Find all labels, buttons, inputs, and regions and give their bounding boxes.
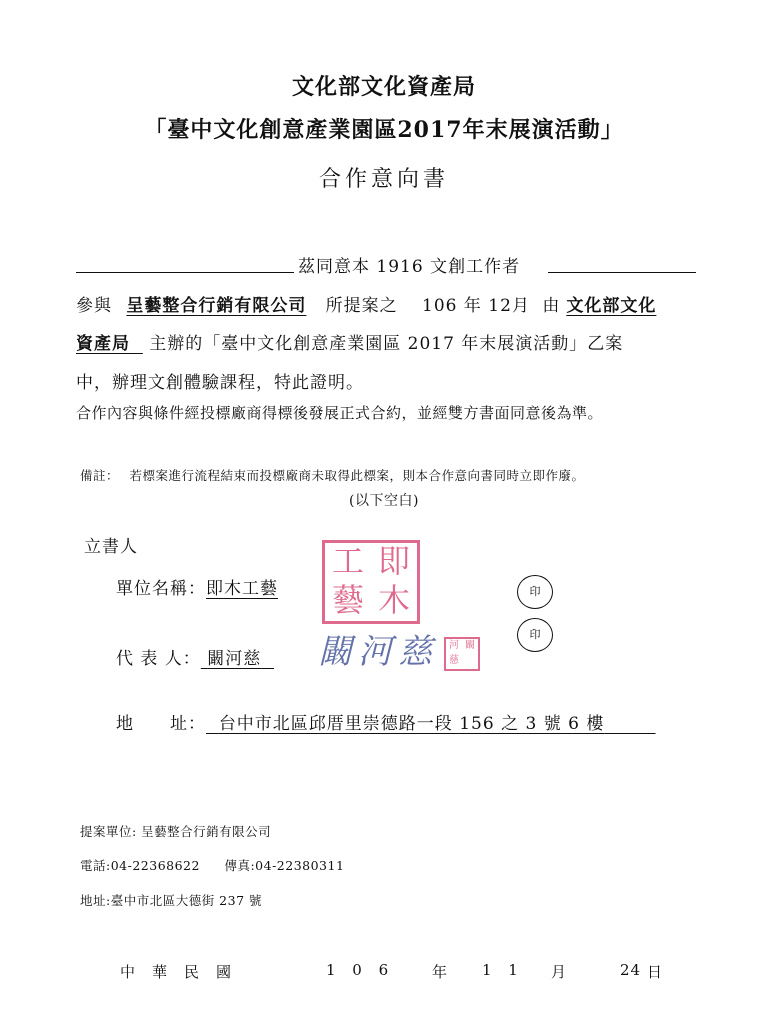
date-year: 1 0 6 xyxy=(326,961,394,979)
agency-title: 文化部文化資產局 xyxy=(0,70,768,101)
personal-seal-stamp: 河 闞 慈 xyxy=(444,637,480,671)
remarks-label: 備註： xyxy=(80,468,119,483)
stamp-char: 河 xyxy=(446,639,462,654)
consent-text: 茲同意本 1916 文創工作者 xyxy=(298,252,520,277)
stamp-char: 慈 xyxy=(446,654,462,669)
remarks-line: 備註： 若標案進行流程結束而投標廠商未取得此標案，則本合作意向書同時立即作廢。 xyxy=(80,466,585,484)
proposer-phone: 電話:04-22368622 xyxy=(80,858,200,873)
year-unit: 年 xyxy=(464,296,482,316)
date-month-unit: 月 xyxy=(551,961,567,982)
blank-fill-line-left xyxy=(76,272,294,273)
proposer-contact-row: 電話:04-22368622 傳真:04-22380311 xyxy=(80,856,344,874)
signatory-heading: 立書人 xyxy=(84,532,138,557)
address-label: 地 址： xyxy=(116,714,206,734)
document-type-title: 合作意向書 xyxy=(0,162,768,193)
participation-line: 參與 呈藝整合行銷有限公司 所提案之 106 年 12月 由文化部文化 xyxy=(76,291,656,316)
proposal-label: 所提案之 xyxy=(326,296,398,316)
contract-terms-text: 合作內容與條件經投標廠商得標後發展正式合約，並經雙方書面同意後為準。 xyxy=(76,402,603,423)
representative-value: 闞河慈 xyxy=(207,649,261,669)
blank-fill-line-right xyxy=(548,272,696,273)
organizer-part2: 資產局 xyxy=(76,334,130,354)
company-seal-stamp: 工 即 藝 木 xyxy=(322,540,420,624)
certification-text: 中，辦理文創體驗課程，特此證明。 xyxy=(76,368,364,393)
organizer-line: 資產局 主辦的「臺中文化創意產業園區 2017 年末展演活動」乙案 xyxy=(76,329,623,354)
date-day: 24 xyxy=(620,961,641,979)
remarks-text: 若標案進行流程結束而投標廠商未取得此標案，則本合作意向書同時立即作廢。 xyxy=(130,468,585,483)
proposer-unit: 提案單位: 呈藝整合行銷有限公司 xyxy=(80,822,271,840)
address-row: 地 址： 台中市北區邱厝里崇德路一段 156 之 3 號 6 樓 xyxy=(116,709,656,734)
unit-name-row: 單位名稱：即木工藝 xyxy=(116,574,278,599)
event-title: 「臺中文化創意產業園區2017年末展演活動」 xyxy=(0,113,768,144)
proposer-fax: 傳真:04-22380311 xyxy=(224,858,344,873)
proposal-year: 106 xyxy=(422,296,457,316)
representative-label: 代 表 人： xyxy=(116,649,201,669)
stamp-char: 木 xyxy=(371,582,417,621)
stamp-char: 藝 xyxy=(325,582,371,621)
proposer-address: 地址:臺中市北區大德街 237 號 xyxy=(80,891,262,909)
date-day-unit: 日 xyxy=(647,961,663,982)
representative-row: 代 表 人： 闞河慈 xyxy=(116,644,274,669)
participate-label: 參與 xyxy=(76,296,112,316)
organizer-part1: 文化部文化 xyxy=(566,296,656,316)
stamp-char xyxy=(462,654,478,669)
by-label: 由 xyxy=(542,296,560,316)
unit-name-value: 即木工藝 xyxy=(206,579,278,599)
month-unit: 月 xyxy=(512,296,530,316)
address-value: 台中市北區邱厝里崇德路一段 156 之 3 號 6 樓 xyxy=(219,714,605,734)
date-month: 1 1 xyxy=(482,961,524,979)
seal-placeholder-circle-1: 印 xyxy=(517,575,553,609)
host-event-text: 主辦的「臺中文化創意產業園區 2017 年末展演活動」乙案 xyxy=(149,334,623,354)
unit-name-label: 單位名稱： xyxy=(116,579,206,599)
stamp-char: 工 xyxy=(325,543,371,582)
date-year-unit: 年 xyxy=(432,961,448,982)
proposer-company: 呈藝整合行銷有限公司 xyxy=(126,296,306,316)
stamp-char: 闞 xyxy=(462,639,478,654)
proposal-month: 12 xyxy=(488,296,512,316)
blank-below-note: (以下空白) xyxy=(0,490,768,510)
handwritten-signature: 闞河慈 xyxy=(318,624,438,673)
stamp-char: 即 xyxy=(371,543,417,582)
seal-placeholder-circle-2: 印 xyxy=(517,618,553,652)
date-era: 中 華 民 國 xyxy=(120,961,232,982)
